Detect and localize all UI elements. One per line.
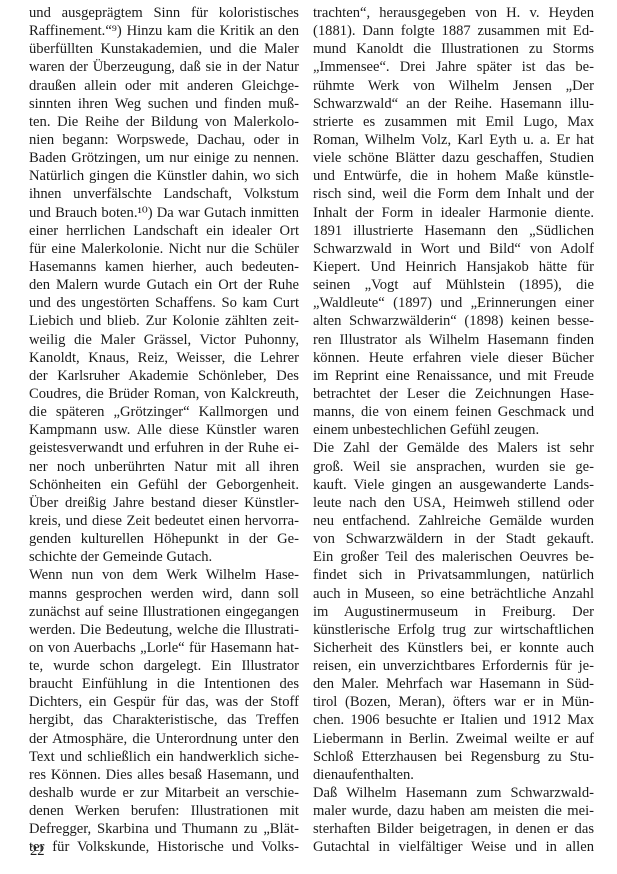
text-line: künstlerische Erfolg trug zur wirtschaft… (313, 621, 594, 639)
text-line: denen Werken berufen: Illustrationen mit (29, 802, 299, 820)
left-text-column: und ausgeprägtem Sinn für koloristisches… (29, 4, 299, 857)
text-line: on von Auerbachs „Lorle“ für Hasemann ha… (29, 639, 299, 657)
text-line: Dichters, ein Gespür für das, was der St… (29, 693, 299, 711)
text-line: Liebich und blieb. Zur Kolonie zählten z… (29, 312, 299, 330)
text-line: können. Heute erfahren viele dieser Büch… (313, 349, 594, 367)
text-line: kauft. Viele gingen an ausgewanderte Lan… (313, 476, 594, 494)
text-line: mund Kanoldt die Illustrationen zu Storm… (313, 40, 594, 58)
right-text-column: trachten“, herausgegeben von H. v. Heyde… (313, 4, 594, 857)
text-line: deshalb wurde er zur Mitarbeit an versch… (29, 784, 299, 802)
text-line: findet sich in Privatsammlungen, natürli… (313, 566, 594, 584)
text-line: manns gesprochen werden wird, dann soll (29, 585, 299, 603)
text-line: schichte der Gemeinde Gutach. (29, 548, 299, 566)
text-line: trachten“, herausgegeben von H. v. Heyde… (313, 4, 594, 22)
text-line: der Atmosphäre, die Unterordnung unter d… (29, 730, 299, 748)
text-line: Roman, Wilhelm Volz, Karl Eyth u. a. Er … (313, 131, 594, 149)
text-line: groß. Weil sie ansprachen, wurden sie ge… (313, 458, 594, 476)
text-line: zunächst auf seine Illustrationen eingeg… (29, 603, 299, 621)
text-line: einer herrlichen Landschaft ein idealer … (29, 222, 299, 240)
text-line: geistesverwandt und erfuhren in der Ruhe… (29, 439, 299, 457)
text-line: dienaufenthalten. (313, 766, 594, 784)
text-line: auch in Museen, so eine beträchtliche An… (313, 585, 594, 603)
text-line: und Brauch boten.¹⁰) Da war Gutach inmit… (29, 204, 299, 222)
page-number: 22 (30, 842, 45, 860)
text-line: maler wurde, dazu haben am meisten die m… (313, 802, 594, 820)
text-line: nien begann: Worpswede, Dachau, oder in (29, 131, 299, 149)
text-line: manns, die von einem feinen Geschmack un… (313, 403, 594, 421)
text-line: Inhalt der Form in idealer Harmonie dien… (313, 204, 594, 222)
text-line: waren der Überzeugung, daß sie in der Na… (29, 58, 299, 76)
text-line: überfüllten Kunstakademien, und die Male… (29, 40, 299, 58)
text-line: den Maler. Mehrfach war Hasemann in Süd- (313, 675, 594, 693)
text-line: „Immensee“. Drei Jahre später ist das be… (313, 58, 594, 76)
text-line: von Schwarzwäldern in der Stadt gekauft. (313, 530, 594, 548)
text-line: strierte es zusammen mit Emil Lugo, Max (313, 113, 594, 131)
text-line: ren Illustrator als Wilhelm Hasemann fin… (313, 331, 594, 349)
text-line: chen. 1906 besuchte er Italien und 1912 … (313, 711, 594, 729)
text-line: „Waldleute“ (1897) und „Erinnerungen ein… (313, 294, 594, 312)
text-line: Daß Wilhelm Hasemann zum Schwarzwald- (313, 784, 594, 802)
text-line: Die Zahl der Gemälde des Malers ist sehr (313, 439, 594, 457)
text-line: tirol (Bozen, Meran), öfters war er in M… (313, 693, 594, 711)
text-line: einem unbestechlichen Gefühl zeugen. (313, 421, 594, 439)
text-line: Schwarzwald“ an der Reihe. Hasemann illu… (313, 95, 594, 113)
text-line: Schwarzwald in Wort und Bild“ von Adolf (313, 240, 594, 258)
text-line: Wenn nun von dem Werk Wilhelm Hase- (29, 566, 299, 584)
text-line: draußen allein oder mit anderen Gleichge… (29, 77, 299, 95)
text-line: der Karlsruher Akademie Schönleber, Des (29, 367, 299, 385)
text-line: res Können. Dies alles besaß Hasemann, u… (29, 766, 299, 784)
text-line: Schloß Etterzhausen bei Regensburg zu St… (313, 748, 594, 766)
text-line: viele schöne Blätter dazu geschaffen, St… (313, 149, 594, 167)
text-line: den Malern wurde Gutach ein Ort der Ruhe (29, 276, 299, 294)
text-line: (1881). Dann folgte 1887 zusammen mit Ed… (313, 22, 594, 40)
text-line: werden. Die Bedeutung, welche die Illust… (29, 621, 299, 639)
text-line: ihnen unverfälschte Landschaft, Volkstum (29, 185, 299, 203)
text-line: sterhaften Bilder beigetragen, in denen … (313, 820, 594, 838)
text-line: ten. Die Reihe der Bildung von Malerkolo… (29, 113, 299, 131)
text-line: sinnten ihren Weg suchen und finden muß- (29, 95, 299, 113)
text-line: für eine Malerkolonie. Nicht nur die Sch… (29, 240, 299, 258)
text-line: te, wurde schon dargelegt. Ein Illustrat… (29, 657, 299, 675)
text-line: weilig die Maler Grässel, Victor Puhonny… (29, 331, 299, 349)
text-line: ner noch unberührten Natur mit all ihren (29, 458, 299, 476)
text-line: im Reprint eine Renaissance, und mit Fre… (313, 367, 594, 385)
text-line: Kiepert. Und Heinrich Hansjakob hätte fü… (313, 258, 594, 276)
text-line: braucht Einfühlung in die Intentionen de… (29, 675, 299, 693)
text-line: neu entfachend. Zahlreiche Gemälde wurde… (313, 512, 594, 530)
text-line: Coudres, die Brüder Roman, von Kalckreut… (29, 385, 299, 403)
text-line: Hasemanns kamen hierher, auch bedeuten- (29, 258, 299, 276)
text-line: und Entwürfe, die in hohem Maße künstle- (313, 167, 594, 185)
text-line: die späteren „Grötzinger“ Kallmorgen und (29, 403, 299, 421)
text-line: leute nach den USA, Heimweh stillend ode… (313, 494, 594, 512)
text-line: Baden Grötzingen, um nur einige zu nenne… (29, 149, 299, 167)
text-line: ter für Volkskunde, Historische und Volk… (29, 838, 299, 856)
text-line: alten Schwarzwälderin“ (1898) keinen bes… (313, 312, 594, 330)
text-line: reisen, ein unverzichtbares Erfordernis … (313, 657, 594, 675)
text-line: Liebermann in Berlin. Zweimal weilte er … (313, 730, 594, 748)
text-line: und des ungestörten Schaffens. So kam Cu… (29, 294, 299, 312)
text-line: Schönheiten ein Gefühl der Geborgenheit. (29, 476, 299, 494)
text-line: Ein großer Teil des malerischen Oeuvres … (313, 548, 594, 566)
text-line: Sicherheit des Künstlers bei, er konnte … (313, 639, 594, 657)
text-line: rühmte Werk von Wilhelm Jensen „Der (313, 77, 594, 95)
text-line: Text und schließlich ein handwerklich si… (29, 748, 299, 766)
text-line: Defregger, Skarbina und Thumann zu „Blät… (29, 820, 299, 838)
text-line: risch sind, weil die Form dem Inhalt und… (313, 185, 594, 203)
text-line: 1891 illustrierte Hasemann den „Südliche… (313, 222, 594, 240)
text-line: im Augustinermuseum in Freiburg. Der (313, 603, 594, 621)
text-line: hergibt, das Charakteristische, das Tref… (29, 711, 299, 729)
text-line: und ausgeprägtem Sinn für koloristisches (29, 4, 299, 22)
text-line: Kampmann usw. Alle diese Künstler waren (29, 421, 299, 439)
text-line: Natürlich gingen die Künstler dahin, wo … (29, 167, 299, 185)
text-line: genden kulturellen Höhepunkt in der Ge- (29, 530, 299, 548)
text-line: seinen „Vogt auf Mühlstein (1895), die (313, 276, 594, 294)
text-line: Kanoldt, Knaus, Reiz, Weisser, die Lehre… (29, 349, 299, 367)
text-line: kreis, und diese Zeit bedeutet einen her… (29, 512, 299, 530)
text-line: betrachtet der Leser die Zeichnungen Has… (313, 385, 594, 403)
text-line: Raffinement.“⁹) Hinzu kam die Kritik an … (29, 22, 299, 40)
text-line: Über dreißig Jahre bestand dieser Künstl… (29, 494, 299, 512)
text-line: Gutachtal in vielfältiger Weise und in a… (313, 838, 594, 856)
